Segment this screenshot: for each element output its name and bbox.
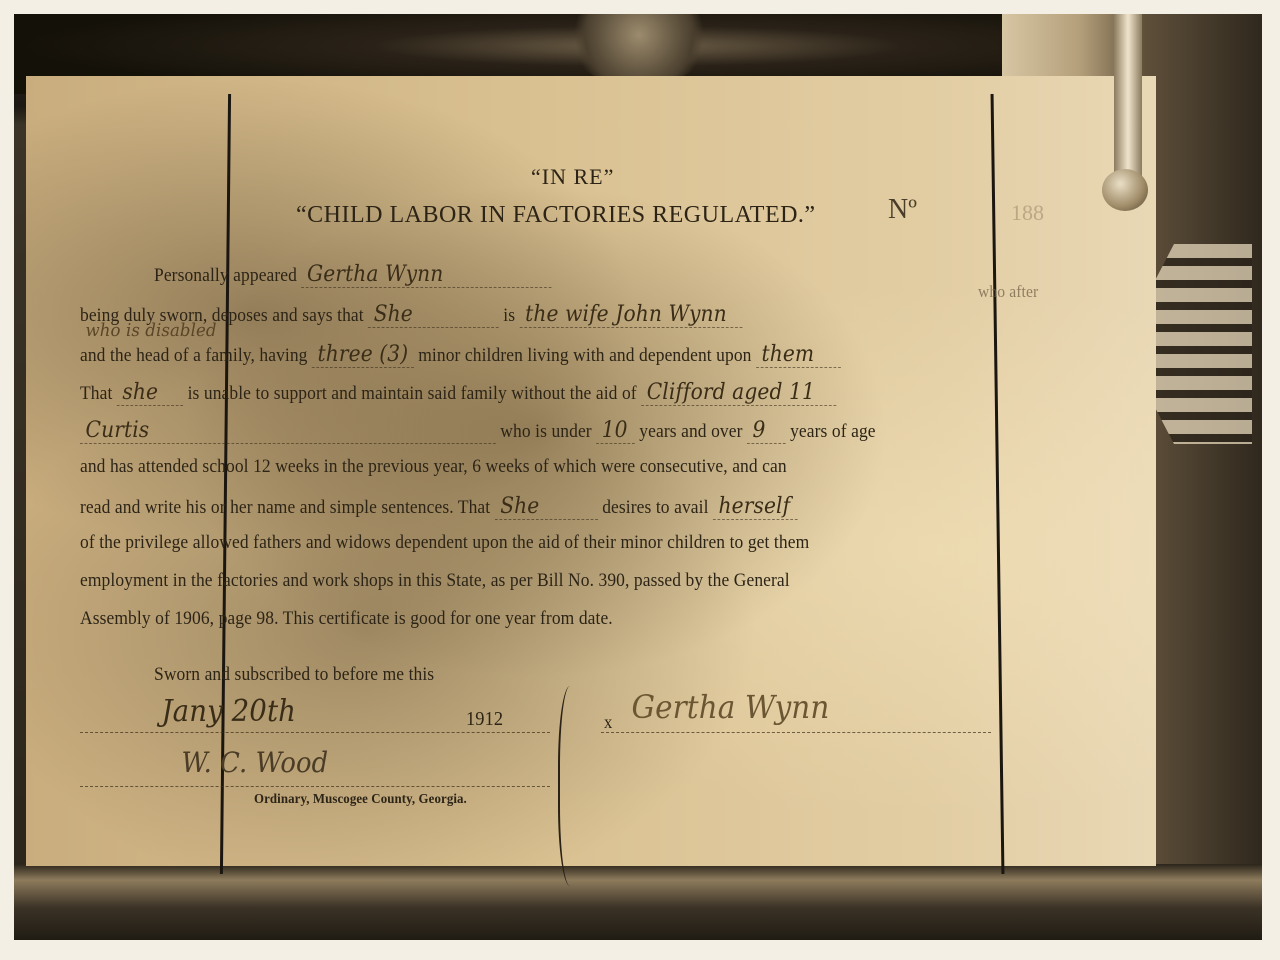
photograph: “IN RE” “CHILD LABOR IN FACTORIES REGULA… — [14, 14, 1262, 940]
body-line-6: and has attended school 12 weeks in the … — [80, 456, 787, 478]
official-signature: W. C. Wood — [176, 746, 334, 779]
sworn-statement: Sworn and subscribed to before me this — [154, 664, 434, 686]
affiant-name: Gertha Wynn — [301, 262, 551, 288]
certificate-paper: “IN RE” “CHILD LABOR IN FACTORIES REGULA… — [26, 76, 1156, 866]
age-under-field: 10 — [596, 418, 635, 444]
header-in-re: “IN RE” — [531, 164, 614, 190]
body-line-8: of the privilege allowed fathers and wid… — [80, 532, 809, 554]
text-who-after: who after — [978, 282, 1038, 302]
text-unable-to-support: is unable to support and maintain said f… — [188, 383, 637, 404]
age-over-field: 9 — [747, 418, 786, 444]
self-field: herself — [713, 494, 798, 520]
dependent-upon-field: them — [756, 342, 841, 368]
signature-line — [80, 786, 550, 787]
document-title: “CHILD LABOR IN FACTORIES REGULATED.” — [296, 202, 816, 229]
text-head-of-family: and the head of a family, having — [80, 345, 308, 366]
body-line-10: Assembly of 1906, page 98. This certific… — [80, 608, 613, 630]
child-name-field: Clifford aged 11 — [641, 380, 836, 406]
body-line-1: Personally appeared Gertha Wynn — [154, 262, 552, 288]
pronoun-field-3: She — [495, 494, 598, 520]
text-personally-appeared: Personally appeared — [154, 265, 297, 286]
brace-mark — [558, 686, 588, 886]
body-line-5: Curtis who is under 10 years and over 9 … — [80, 418, 876, 444]
shelf — [14, 864, 1262, 940]
affiant-signature: Gertha Wynn — [626, 688, 835, 726]
date-line — [80, 732, 550, 733]
number-label: Nº — [888, 194, 917, 226]
text-years-and-over: years and over — [639, 421, 742, 442]
clip-rod — [1114, 14, 1142, 194]
text-desires-to-avail: desires to avail — [602, 497, 708, 518]
children-count-field: three (3) — [312, 342, 414, 368]
body-line-7: read and write his or her name and simpl… — [80, 494, 798, 520]
body-line-4: That she is unable to support and mainta… — [80, 380, 836, 406]
text-that: That — [80, 383, 112, 404]
body-line-3: and the head of a family, having three (… — [80, 342, 841, 368]
pronoun-field-2: she — [117, 380, 183, 406]
affiant-signature-line — [601, 732, 991, 733]
text-minor-children: minor children living with and dependent… — [418, 345, 751, 366]
child-name-field-2: Curtis — [80, 418, 496, 444]
certificate-number: 188 — [1011, 200, 1044, 226]
text-who-is-under: who is under — [500, 421, 591, 442]
fold-line-right — [991, 94, 1005, 874]
year-field: 1912 — [466, 708, 503, 731]
disabled-annotation: who is disabled — [80, 320, 222, 341]
body-line-9: employment in the factories and work sho… — [80, 570, 790, 592]
official-title: Ordinary, Muscogee County, Georgia. — [254, 792, 467, 808]
clip-knob-icon — [1102, 169, 1148, 211]
signature-mark-x: x — [604, 712, 612, 733]
pronoun-field: She — [368, 302, 499, 328]
text-read-and-write: read and write his or her name and simpl… — [80, 497, 490, 518]
date-handwritten: Jany 20th — [156, 694, 302, 729]
relation-field: the wife John Wynn — [520, 302, 743, 328]
text-is: is — [503, 305, 515, 326]
text-years-of-age: years of age — [790, 421, 876, 442]
